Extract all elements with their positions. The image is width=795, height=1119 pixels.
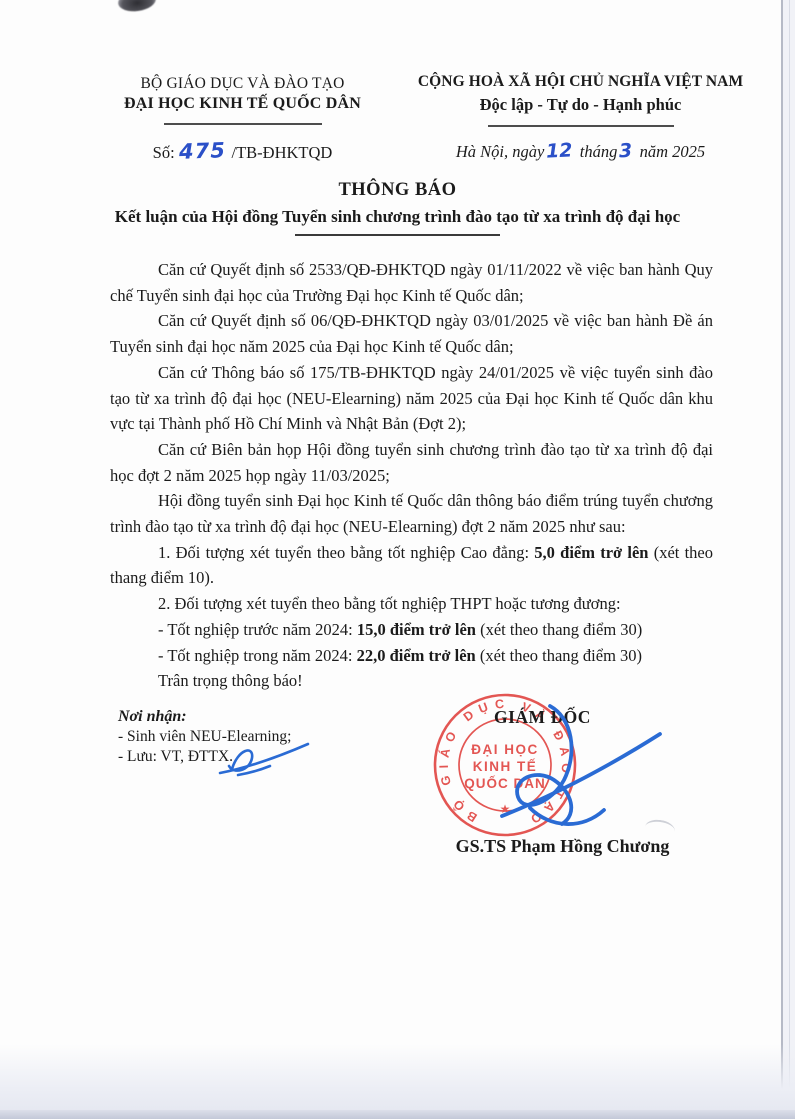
document-number-prefix: Số: xyxy=(153,143,175,162)
signer-name: GS.TS Phạm Hồng Chương xyxy=(420,836,705,857)
header-right-divider xyxy=(488,125,674,127)
paragraph-item-1: 1. Đối tượng xét tuyển theo bằng tốt ngh… xyxy=(110,540,713,591)
paragraph-basis-2: Căn cứ Quyết định số 06/QĐ-ĐHKTQD ngày 0… xyxy=(110,308,713,359)
subtitle-underline xyxy=(295,234,500,236)
header-issuing-agency: BỘ GIÁO DỤC VÀ ĐÀO TẠO ĐẠI HỌC KINH TẾ Q… xyxy=(105,74,380,165)
date-mid: tháng xyxy=(580,142,618,161)
document-body: Căn cứ Quyết định số 2533/QĐ-ĐHKTQD ngày… xyxy=(110,257,713,694)
scan-page-edge-line xyxy=(781,0,783,1119)
item1-score: 5,0 điểm trở lên xyxy=(534,543,648,562)
paragraph-item-2: 2. Đối tượng xét tuyển theo bằng tốt ngh… xyxy=(110,591,713,617)
clerk-initials-signature xyxy=(208,737,318,785)
document-number-line: Số:475/TB-ĐHKTQD xyxy=(105,138,380,165)
title-block: THÔNG BÁO Kết luận của Hội đồng Tuyển si… xyxy=(0,180,795,236)
paragraph-announcement: Hội đồng tuyển sinh Đại học Kinh tế Quốc… xyxy=(110,488,713,539)
dash2-post: (xét theo thang điểm 30) xyxy=(476,646,642,665)
issue-date-line: Hà Nội, ngày12tháng3năm 2025 xyxy=(398,139,763,164)
header-left-divider xyxy=(164,123,322,125)
date-prefix: Hà Nội, ngày xyxy=(456,142,544,161)
dash1-score: 15,0 điểm trở lên xyxy=(357,620,476,639)
item1-pre: 1. Đối tượng xét tuyển theo bằng tốt ngh… xyxy=(158,543,534,562)
dash2-score: 22,0 điểm trở lên xyxy=(357,646,476,665)
document-title: THÔNG BÁO xyxy=(0,180,795,201)
paragraph-basis-4: Căn cứ Biên bản họp Hội đồng tuyển sinh … xyxy=(110,437,713,488)
scanned-document-page: BỘ GIÁO DỤC VÀ ĐÀO TẠO ĐẠI HỌC KINH TẾ Q… xyxy=(0,0,795,1119)
director-pen-signature xyxy=(452,686,687,841)
paragraph-dash-2: - Tốt nghiệp trong năm 2024: 22,0 điểm t… xyxy=(110,643,713,669)
recipients-title: Nơi nhận: xyxy=(118,707,291,727)
paragraph-basis-3: Căn cứ Thông báo số 175/TB-ĐHKTQD ngày 2… xyxy=(110,360,713,437)
paragraph-basis-1: Căn cứ Quyết định số 2533/QĐ-ĐHKTQD ngày… xyxy=(110,257,713,308)
dash2-pre: - Tốt nghiệp trong năm 2024: xyxy=(158,646,357,665)
country-motto-line2: Độc lập - Tự do - Hạnh phúc xyxy=(398,94,763,115)
country-motto-line1: CỘNG HOÀ XÃ HỘI CHỦ NGHĨA VIỆT NAM xyxy=(398,72,763,92)
document-subtitle: Kết luận của Hội đồng Tuyển sinh chương … xyxy=(0,207,795,227)
scan-page-edge-line-2 xyxy=(789,0,790,1119)
dash1-post: (xét theo thang điểm 30) xyxy=(476,620,642,639)
university-name: ĐẠI HỌC KINH TẾ QUỐC DÂN xyxy=(105,94,380,114)
scan-bottom-edge-band xyxy=(0,1110,795,1119)
date-month-handwritten: 3 xyxy=(619,138,634,163)
paragraph-dash-1: - Tốt nghiệp trước năm 2024: 15,0 điểm t… xyxy=(110,617,713,643)
dash1-pre: - Tốt nghiệp trước năm 2024: xyxy=(158,620,357,639)
scan-artifact-blob xyxy=(117,0,157,14)
scan-bottom-shadow xyxy=(0,1044,795,1119)
date-day-handwritten: 12 xyxy=(546,138,574,164)
ministry-name: BỘ GIÁO DỤC VÀ ĐÀO TẠO xyxy=(105,74,380,94)
date-suffix: năm 2025 xyxy=(640,142,706,161)
header-national-heading: CỘNG HOÀ XÃ HỘI CHỦ NGHĨA VIỆT NAM Độc l… xyxy=(398,72,763,163)
document-number-suffix: /TB-ĐHKTQD xyxy=(232,143,333,162)
document-number-handwritten: 475 xyxy=(178,137,226,165)
